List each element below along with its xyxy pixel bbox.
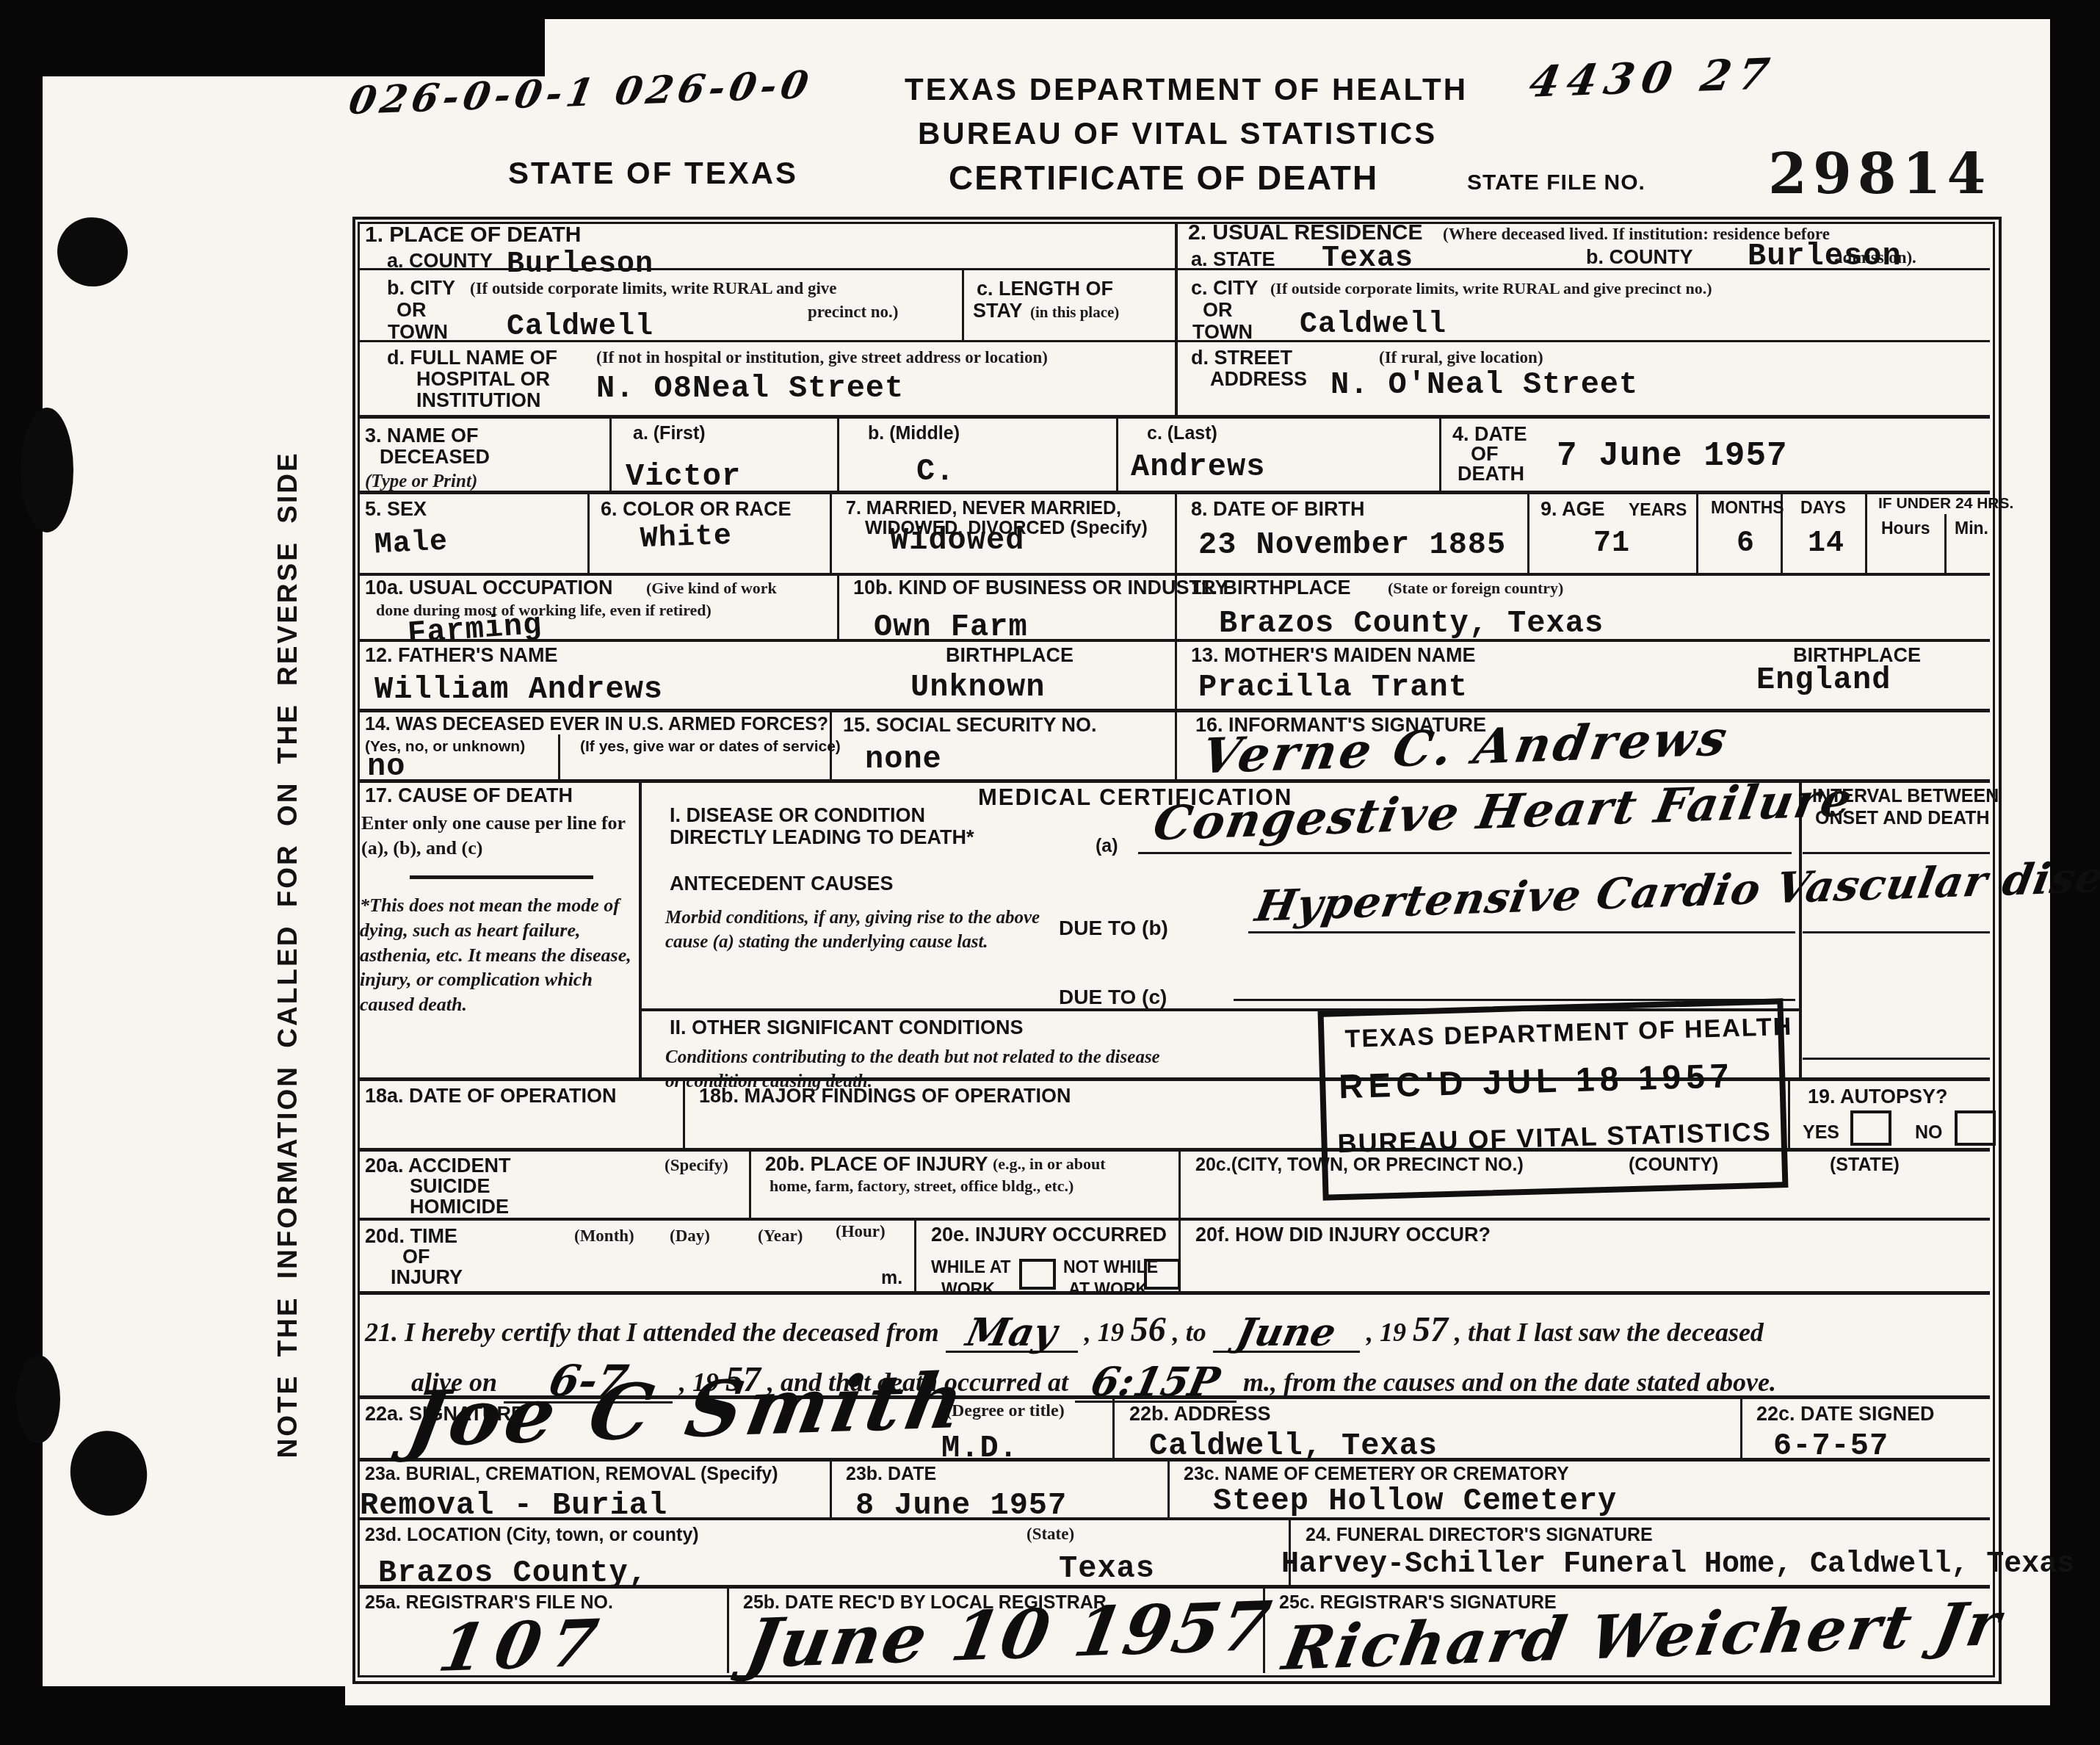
divider bbox=[1788, 1077, 1790, 1148]
institution-label3: INSTITUTION bbox=[416, 389, 541, 412]
to-year-value: 57 bbox=[1413, 1310, 1448, 1349]
cause-a-tag: (a) bbox=[1096, 836, 1118, 857]
city-note2: precinct no.) bbox=[808, 303, 899, 322]
film-edge-top-left bbox=[0, 0, 545, 76]
film-notch bbox=[16, 1355, 60, 1443]
handwritten-code-right: 4430 27 bbox=[1526, 48, 1781, 107]
stamp-line1: TEXAS DEPARTMENT OF HEALTH bbox=[1344, 1013, 1793, 1054]
burial-date-label: 23b. DATE bbox=[846, 1464, 936, 1485]
physician-address-label: 22b. ADDRESS bbox=[1129, 1403, 1271, 1426]
institution-label: d. FULL NAME OF bbox=[387, 347, 557, 369]
autopsy-label: 19. AUTOPSY? bbox=[1808, 1085, 1948, 1108]
autopsy-no-label: NO bbox=[1915, 1122, 1943, 1144]
time-of-injury-label2: OF bbox=[402, 1246, 430, 1268]
ssn-label: 15. SOCIAL SECURITY NO. bbox=[843, 714, 1097, 737]
county-value: Burleson bbox=[507, 248, 653, 281]
hours-label: Hours bbox=[1881, 519, 1930, 538]
stay-label2: STAY bbox=[973, 300, 1023, 322]
while-at-work-checkbox bbox=[1019, 1259, 1056, 1290]
divider bbox=[837, 417, 839, 491]
burial-value: Removal - Burial bbox=[360, 1488, 667, 1523]
date-signed-label: 22c. DATE SIGNED bbox=[1756, 1403, 1935, 1426]
funeral-director-value: Harvey-Schiller Funeral Home, Caldwell, … bbox=[1281, 1548, 2074, 1581]
race-label: 6. COLOR OR RACE bbox=[601, 498, 792, 521]
injury-occurred-label: 20e. INJURY OCCURRED bbox=[931, 1224, 1167, 1246]
time-of-injury-label3: INJURY bbox=[391, 1266, 463, 1289]
work-label: WORK bbox=[941, 1279, 995, 1299]
death-time-blank: 6:15P bbox=[1075, 1354, 1237, 1403]
header-department: TEXAS DEPARTMENT OF HEALTH bbox=[905, 72, 1468, 107]
armed-forces-value: no bbox=[367, 749, 405, 784]
not-while-at-work-checkbox bbox=[1144, 1259, 1181, 1290]
operation-findings-label: 18b. MAJOR FINDINGS OF OPERATION bbox=[699, 1085, 1071, 1108]
operation-date-label: 18a. DATE OF OPERATION bbox=[365, 1085, 617, 1108]
funeral-director-label: 24. FUNERAL DIRECTOR'S SIGNATURE bbox=[1306, 1525, 1653, 1546]
residence-county-value: Burleson bbox=[1748, 239, 1902, 274]
interval-line bbox=[1803, 1058, 1990, 1060]
middle-name-value: C. bbox=[916, 454, 955, 489]
residence-city-note: (If outside corporate limits, write RURA… bbox=[1270, 279, 1712, 298]
stay-note: (in this place) bbox=[1030, 303, 1119, 322]
how-injury-label: 20f. HOW DID INJURY OCCUR? bbox=[1195, 1224, 1491, 1246]
occupation-note1: (Give kind of work bbox=[646, 579, 777, 598]
town-label: TOWN bbox=[388, 321, 448, 344]
sex-value: Male bbox=[374, 525, 449, 562]
injury-state-label: (STATE) bbox=[1830, 1155, 1900, 1176]
cemetery-label: 23c. NAME OF CEMETERY OR CREMATORY bbox=[1184, 1464, 1569, 1485]
street-note: (If rural, give location) bbox=[1379, 348, 1543, 367]
usual-residence-title: 2. USUAL RESIDENCE bbox=[1188, 220, 1423, 245]
street-label2: ADDRESS bbox=[1210, 368, 1307, 391]
divider bbox=[1175, 491, 1177, 573]
divider bbox=[1740, 1395, 1742, 1458]
time-of-injury-label: 20d. TIME bbox=[365, 1225, 457, 1248]
date-of-death-value: 7 June 1957 bbox=[1557, 437, 1788, 475]
divider bbox=[1527, 491, 1529, 573]
disease-label: I. DISEASE OR CONDITION bbox=[670, 804, 925, 827]
divider bbox=[609, 417, 612, 491]
stamp-line2: REC'D JUL 18 1957 bbox=[1339, 1055, 1735, 1106]
place-of-injury-label: 20b. PLACE OF INJURY bbox=[765, 1153, 988, 1176]
business-label: 10b. KIND OF BUSINESS OR INDUSTRY bbox=[853, 577, 1228, 599]
cause-a-line bbox=[1138, 852, 1792, 854]
month-label: (Month) bbox=[574, 1226, 634, 1246]
divider bbox=[1944, 514, 1947, 573]
marital-label: 7. MARRIED, NEVER MARRIED, bbox=[846, 498, 1121, 519]
other-conditions-label: II. OTHER SIGNIFICANT CONDITIONS bbox=[670, 1016, 1024, 1039]
stamp-line3: BUREAU OF VITAL STATISTICS bbox=[1337, 1116, 1772, 1159]
from-year-value: 56 bbox=[1131, 1310, 1166, 1349]
father-birthplace-value: Unknown bbox=[910, 670, 1045, 705]
deceased-title: 3. NAME OF bbox=[365, 424, 479, 447]
county-label: a. COUNTY bbox=[387, 250, 493, 272]
birthplace-value: Brazos County, Texas bbox=[1219, 606, 1604, 641]
first-name-value: Victor bbox=[626, 459, 741, 494]
m-label: m. bbox=[881, 1268, 902, 1289]
armed-forces-note2: (If yes, give war or dates of service) bbox=[580, 738, 841, 756]
divider bbox=[1116, 417, 1118, 491]
hour-label: (Hour) bbox=[836, 1222, 886, 1241]
state-file-number: 29814 bbox=[1768, 141, 1991, 206]
physician-address-value: Caldwell, Texas bbox=[1149, 1428, 1438, 1464]
header-bureau: BUREAU OF VITAL STATISTICS bbox=[918, 116, 1437, 151]
min-label: Min. bbox=[1955, 519, 1988, 538]
sex-label: 5. SEX bbox=[365, 498, 427, 521]
cemetery-value: Steep Hollow Cemetery bbox=[1213, 1484, 1617, 1519]
street-value: N. O'Neal Street bbox=[1330, 367, 1638, 402]
street-label: d. STREET bbox=[1191, 347, 1292, 369]
state-file-no-label: STATE FILE NO. bbox=[1467, 170, 1645, 195]
divider bbox=[1439, 417, 1441, 491]
suicide-label: SUICIDE bbox=[410, 1175, 490, 1198]
age-years-value: 71 bbox=[1593, 527, 1630, 560]
interval-label1: INTERVAL BETWEEN bbox=[1812, 786, 1999, 807]
place-of-injury-note1: (e.g., in or about bbox=[993, 1155, 1106, 1174]
divider bbox=[914, 1218, 916, 1291]
certify-text: 21. I hereby certify that I attended the… bbox=[365, 1318, 939, 1347]
morbid-note: Morbid conditions, if any, giving rise t… bbox=[665, 906, 1081, 954]
homicide-label: HOMICIDE bbox=[410, 1196, 509, 1218]
injury-location-label: 20c.(CITY, TOWN, OR PRECINCT NO.) bbox=[1195, 1155, 1524, 1176]
autopsy-yes-label: YES bbox=[1803, 1122, 1839, 1144]
cause-of-death-title: 17. CAUSE OF DEATH bbox=[365, 784, 573, 807]
due-to-b-tag: DUE TO (b) bbox=[1059, 917, 1168, 940]
residence-state-label: a. STATE bbox=[1191, 248, 1275, 271]
divider bbox=[360, 415, 1990, 419]
middle-name-label: b. (Middle) bbox=[868, 423, 960, 444]
header-certificate-title: CERTIFICATE OF DEATH bbox=[949, 158, 1378, 198]
occupation-label: 10a. USUAL OCCUPATION bbox=[365, 577, 613, 599]
residence-or-label: OR bbox=[1203, 299, 1233, 322]
divider bbox=[749, 1148, 751, 1218]
interval-line bbox=[1803, 931, 1990, 933]
first-name-label: a. (First) bbox=[633, 423, 706, 444]
race-value: White bbox=[640, 520, 733, 556]
mother-name-value: Pracilla Trant bbox=[1198, 670, 1468, 705]
date-of-death-label3: DEATH bbox=[1458, 463, 1524, 485]
mother-label: 13. MOTHER'S MAIDEN NAME bbox=[1191, 644, 1475, 667]
divider bbox=[962, 268, 964, 340]
burial-label: 23a. BURIAL, CREMATION, REMOVAL (Specify… bbox=[365, 1464, 778, 1485]
residence-county-label: b. COUNTY bbox=[1586, 246, 1693, 269]
divider bbox=[1167, 1458, 1170, 1517]
autopsy-yes-checkbox bbox=[1850, 1110, 1891, 1146]
interval-line bbox=[1803, 852, 1990, 854]
age-days-value: 14 bbox=[1808, 527, 1844, 560]
attended-to-blank: June bbox=[1213, 1306, 1360, 1353]
cause-b-line bbox=[1248, 931, 1795, 933]
last-name-value: Andrews bbox=[1131, 449, 1265, 485]
divider bbox=[639, 779, 642, 1077]
due-to-c-tag: DUE TO (c) bbox=[1059, 986, 1167, 1009]
divider bbox=[1696, 491, 1698, 573]
age-years-label: YEARS bbox=[1629, 500, 1687, 520]
ssn-value: none bbox=[865, 742, 942, 777]
specify-note: (Specify) bbox=[665, 1156, 728, 1175]
armed-forces-label: 14. WAS DECEASED EVER IN U.S. ARMED FORC… bbox=[365, 714, 828, 735]
age-months-value: 6 bbox=[1737, 527, 1755, 560]
cause-note2: *This does not mean the mode of dying, s… bbox=[360, 893, 637, 1017]
birthplace-label: 11. BIRTHPLACE bbox=[1191, 577, 1351, 599]
institution-value: N. O8Neal Street bbox=[596, 371, 904, 406]
burial-location-label: 23d. LOCATION (City, town, or county) bbox=[365, 1525, 699, 1546]
autopsy-no-checkbox bbox=[1955, 1110, 1996, 1146]
while-at-label: WHILE AT bbox=[931, 1257, 1011, 1277]
divider bbox=[727, 1585, 729, 1673]
accident-label: 20a. ACCIDENT bbox=[365, 1155, 511, 1177]
disease-label2: DIRECTLY LEADING TO DEATH* bbox=[670, 826, 974, 849]
mother-birthplace-value: England bbox=[1756, 662, 1891, 698]
year-label: (Year) bbox=[758, 1226, 803, 1246]
last-name-label: c. (Last) bbox=[1147, 423, 1217, 444]
stay-label: c. LENGTH OF bbox=[977, 278, 1113, 300]
divider bbox=[1178, 1148, 1181, 1218]
residence-city-label: c. CITY bbox=[1191, 277, 1259, 300]
institution-note: (If not in hospital or institution, give… bbox=[596, 348, 1048, 367]
attended-to-value: June bbox=[1233, 1310, 1340, 1355]
residence-town-label: TOWN bbox=[1192, 321, 1253, 344]
birthplace-note: (State or foreign country) bbox=[1388, 579, 1563, 598]
residence-state-value: Texas bbox=[1322, 242, 1413, 275]
age-months-label: MONTHS bbox=[1711, 498, 1784, 518]
divider bbox=[1175, 639, 1177, 709]
divider bbox=[830, 491, 832, 573]
divider bbox=[558, 734, 560, 779]
residence-city-value: Caldwell bbox=[1300, 308, 1447, 342]
divider bbox=[360, 1218, 1990, 1221]
father-label: 12. FATHER'S NAME bbox=[365, 644, 557, 667]
attended-from-value: May bbox=[963, 1310, 1061, 1355]
deceased-title2: DECEASED bbox=[380, 446, 490, 469]
film-notch bbox=[21, 408, 73, 532]
birth-date-label: 8. DATE OF BIRTH bbox=[1191, 498, 1365, 521]
institution-label2: HOSPITAL OR bbox=[416, 368, 550, 391]
attended-from-blank: May bbox=[946, 1306, 1078, 1353]
certify-line1: 21. I hereby certify that I attended the… bbox=[365, 1306, 1764, 1353]
reverse-side-note: NOTE THE INFORMATION CALLED FOR ON THE R… bbox=[272, 451, 303, 1458]
business-value: Own Farm bbox=[874, 610, 1028, 645]
divider bbox=[1175, 709, 1177, 779]
antecedent-label: ANTECEDENT CAUSES bbox=[670, 872, 894, 895]
city-label: b. CITY bbox=[387, 277, 455, 300]
divider bbox=[837, 573, 839, 639]
place-of-injury-note2: home, farm, factory, street, office bldg… bbox=[770, 1177, 1073, 1196]
date-signed-value: 6-7-57 bbox=[1773, 1428, 1889, 1464]
interval-label2: ONSET AND DEATH bbox=[1815, 808, 1990, 829]
father-birthplace-label: BIRTHPLACE bbox=[946, 644, 1073, 667]
divider bbox=[410, 875, 593, 879]
place-of-death-title: 1. PLACE OF DEATH bbox=[365, 223, 581, 248]
death-time-value: 6:15P bbox=[1087, 1358, 1225, 1405]
injury-county-label: (COUNTY) bbox=[1629, 1155, 1718, 1176]
age-days-label: DAYS bbox=[1800, 498, 1846, 518]
film-edge-bottom-left bbox=[0, 1686, 345, 1745]
registrar-file-value: 107 bbox=[433, 1604, 614, 1686]
city-note: (If outside corporate limits, write RURA… bbox=[470, 279, 837, 298]
film-edge-left bbox=[0, 0, 43, 1745]
at-work-label: AT WORK bbox=[1068, 1279, 1148, 1299]
birth-date-value: 23 November 1885 bbox=[1198, 527, 1506, 563]
divider bbox=[360, 1291, 1990, 1295]
divider bbox=[830, 1458, 832, 1517]
age-label: 9. AGE bbox=[1540, 498, 1605, 521]
burial-location-state-label: (State) bbox=[1027, 1525, 1074, 1544]
deceased-title3: (Type or Print) bbox=[365, 472, 477, 492]
city-value: Caldwell bbox=[507, 311, 653, 344]
marital-value: Widowed bbox=[890, 523, 1024, 558]
father-name-value: William Andrews bbox=[374, 672, 663, 707]
cause-note1: Enter only one cause per line for (a), (… bbox=[361, 811, 631, 861]
header-state-of-texas: STATE OF TEXAS bbox=[508, 156, 798, 191]
divider bbox=[1865, 491, 1867, 573]
under-24-label: IF UNDER 24 HRS. bbox=[1878, 495, 2013, 513]
day-label: (Day) bbox=[670, 1226, 710, 1246]
divider bbox=[587, 491, 590, 573]
death-certificate-scan: { "header": { "codes_left": "026-0-0-1 0… bbox=[0, 0, 2100, 1745]
burial-date-value: 8 June 1957 bbox=[855, 1488, 1067, 1523]
burial-location-state-value: Texas bbox=[1059, 1551, 1155, 1586]
divider bbox=[1175, 222, 1178, 415]
burial-location-value: Brazos County, bbox=[378, 1556, 648, 1591]
or-label: OR bbox=[397, 299, 427, 322]
